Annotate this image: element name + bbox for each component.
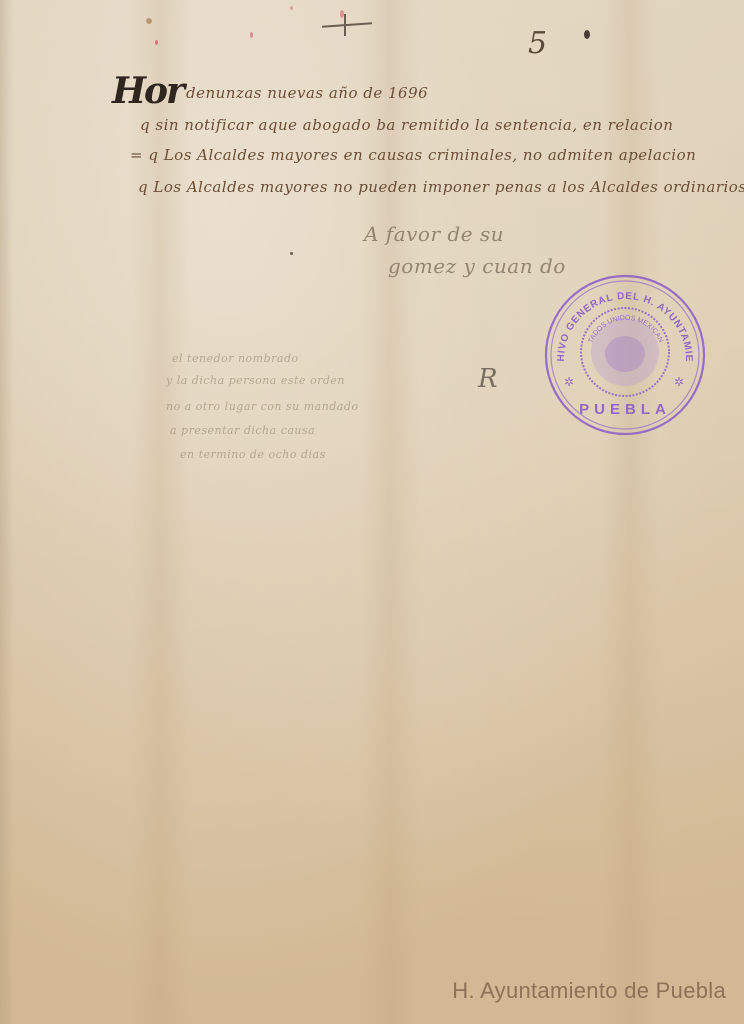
svg-text:✲: ✲ — [674, 375, 684, 389]
folio-number: 5 — [528, 26, 547, 61]
heading-initials: Hor — [112, 70, 183, 112]
page-edge-shadow — [0, 0, 14, 1024]
red-speck — [290, 6, 293, 10]
svg-text:✲: ✲ — [564, 375, 574, 389]
manuscript-line-4: q Los Alcaldes mayores no pueden imponer… — [138, 178, 744, 196]
monogram-mark: R — [478, 364, 498, 394]
faint-note-line-2: y la dicha persona este orden — [166, 374, 345, 387]
svg-text:PUEBLA: PUEBLA — [579, 401, 671, 418]
stamp-seal-icon: ARCHIVO GENERAL DEL H. AYUNTAMIENTO ESTA… — [542, 274, 708, 436]
signature-line-2: gomez y cuan do — [388, 254, 566, 278]
faint-note-line-4: a presentar dicha causa — [170, 424, 315, 437]
ink-spot — [584, 30, 590, 39]
ink-dot — [290, 252, 293, 255]
red-speck — [250, 32, 253, 38]
manuscript-page: 5 Hor denunzas nuevas año de 1696 q sin … — [0, 0, 744, 1024]
archive-stamp: ARCHIVO GENERAL DEL H. AYUNTAMIENTO ESTA… — [542, 274, 708, 436]
manuscript-line-3: = q Los Alcaldes mayores en causas crimi… — [130, 146, 696, 164]
manuscript-line-1: denunzas nuevas año de 1696 — [186, 84, 428, 102]
manuscript-line-2: q sin notificar aque abogado ba remitido… — [140, 116, 673, 134]
faint-note-line-1: el tenedor nombrado — [172, 352, 299, 365]
cross-mark — [322, 14, 372, 36]
signature-line-1: A favor de su — [364, 222, 504, 246]
archive-credit-watermark: H. Ayuntamiento de Puebla — [452, 978, 726, 1004]
faint-note-line-5: en termino de ocho dias — [180, 448, 326, 461]
paper-stain — [146, 18, 152, 24]
red-speck — [155, 40, 158, 45]
faint-note-line-3: no a otro lugar con su mandado — [166, 400, 359, 413]
